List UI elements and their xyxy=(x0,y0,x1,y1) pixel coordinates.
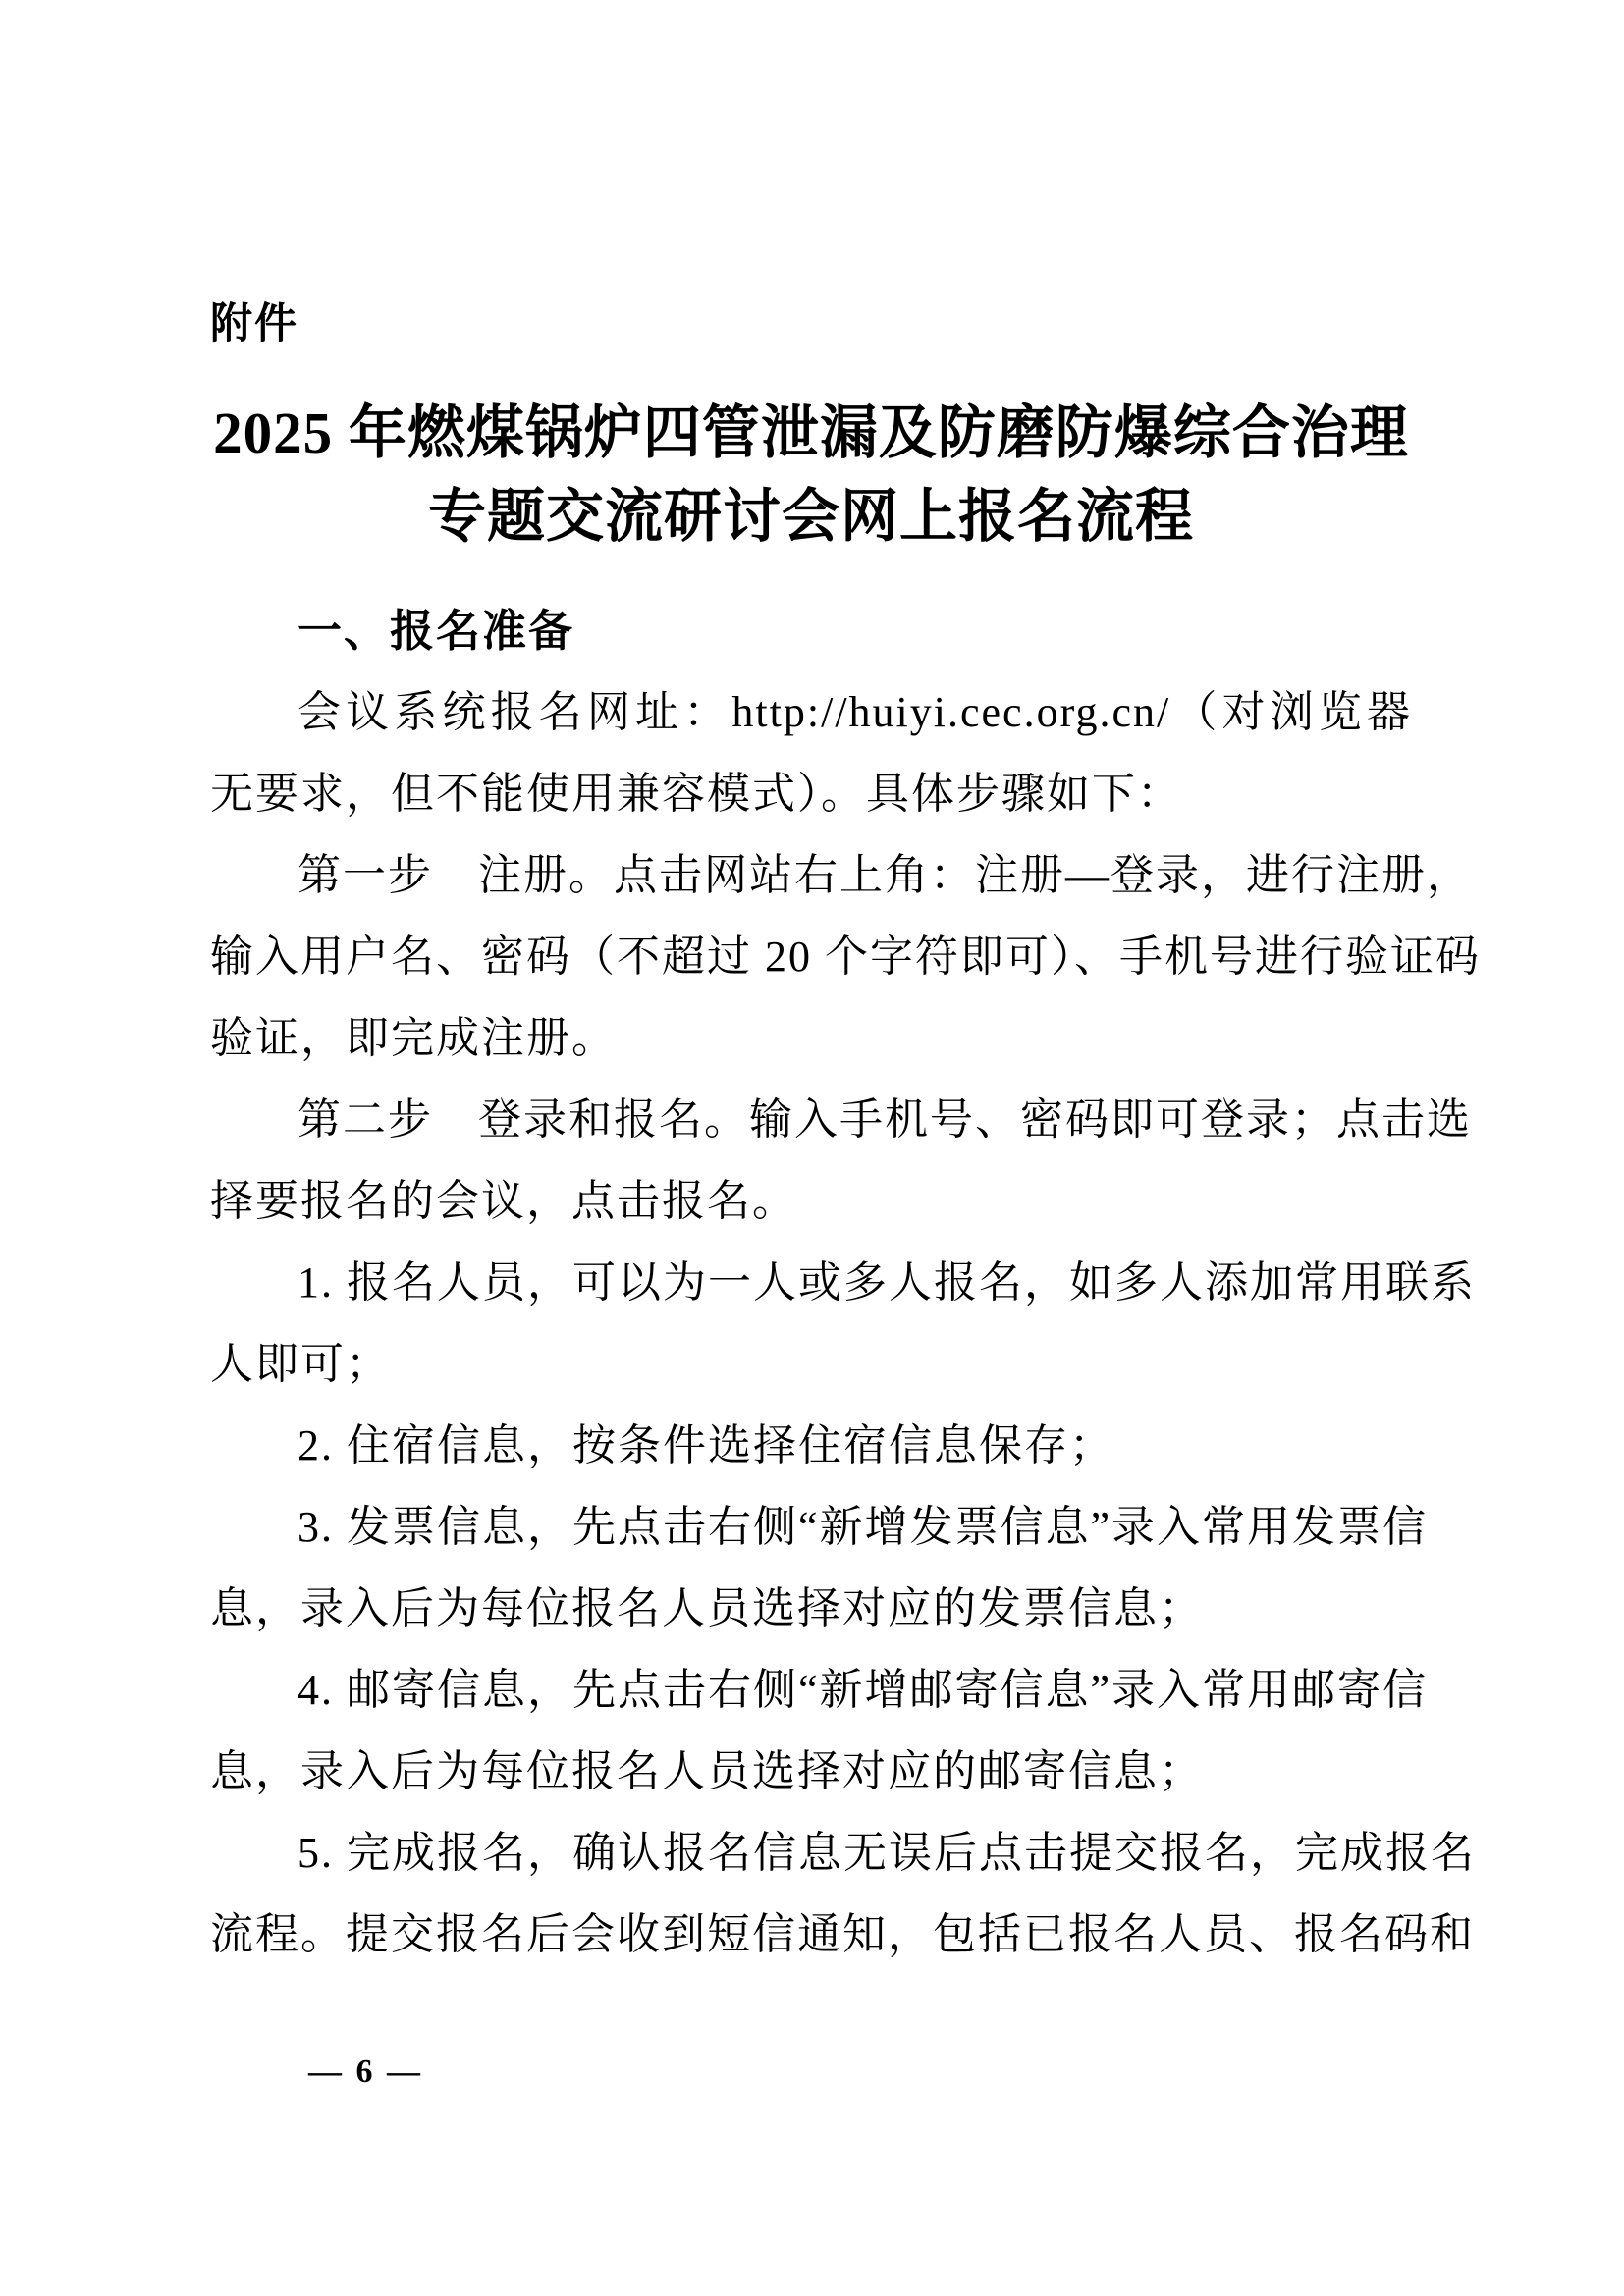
body-line: 第一步 注册。点击网站右上角：注册—登录，进行注册， xyxy=(210,834,1412,916)
body-line: 2. 住宿信息，按条件选择住宿信息保存； xyxy=(210,1405,1412,1486)
body-line: 3. 发票信息，先点击右侧“新增发票信息”录入常用发票信 xyxy=(210,1486,1412,1568)
body-line: 4. 邮寄信息，先点击右侧“新增邮寄信息”录入常用邮寄信 xyxy=(210,1649,1412,1731)
section-heading: 一、报名准备 xyxy=(210,590,1412,671)
title-line-1: 2025 年燃煤锅炉四管泄漏及防磨防爆综合治理 xyxy=(210,392,1412,475)
body-line: 息，录入后为每位报名人员选择对应的邮寄信息； xyxy=(210,1731,1412,1812)
body-line: 1. 报名人员，可以为一人或多人报名，如多人添加常用联系 xyxy=(210,1242,1412,1323)
body-line: 息，录入后为每位报名人员选择对应的发票信息； xyxy=(210,1568,1412,1649)
body-line: 人即可； xyxy=(210,1323,1412,1405)
body-line: 5. 完成报名，确认报名信息无误后点击提交报名，完成报名 xyxy=(210,1812,1412,1894)
body-line: 验证，即完成注册。 xyxy=(210,997,1412,1079)
document-page: 附件 2025 年燃煤锅炉四管泄漏及防磨防爆综合治理 专题交流研讨会网上报名流程… xyxy=(0,0,1624,2296)
page-number: — 6 — xyxy=(308,2054,423,2091)
attachment-label: 附件 xyxy=(210,300,298,347)
body-line: 无要求，但不能使用兼容模式）。具体步骤如下： xyxy=(210,753,1412,834)
body-line: 择要报名的会议，点击报名。 xyxy=(210,1160,1412,1242)
body-line: 流程。提交报名后会收到短信通知，包括已报名人员、报名码和 xyxy=(210,1894,1412,1975)
title-line-2: 专题交流研讨会网上报名流程 xyxy=(210,475,1412,559)
body-line: 输入用户名、密码（不超过 20 个字符即可）、手机号进行验证码 xyxy=(210,916,1412,997)
body-line: 第二步 登录和报名。输入手机号、密码即可登录；点击选 xyxy=(210,1079,1412,1160)
document-body: 一、报名准备 会议系统报名网址：http://huiyi.cec.org.cn/… xyxy=(210,590,1412,1975)
body-line: 会议系统报名网址：http://huiyi.cec.org.cn/（对浏览器 xyxy=(210,671,1412,753)
document-title: 2025 年燃煤锅炉四管泄漏及防磨防爆综合治理 专题交流研讨会网上报名流程 xyxy=(210,392,1412,559)
